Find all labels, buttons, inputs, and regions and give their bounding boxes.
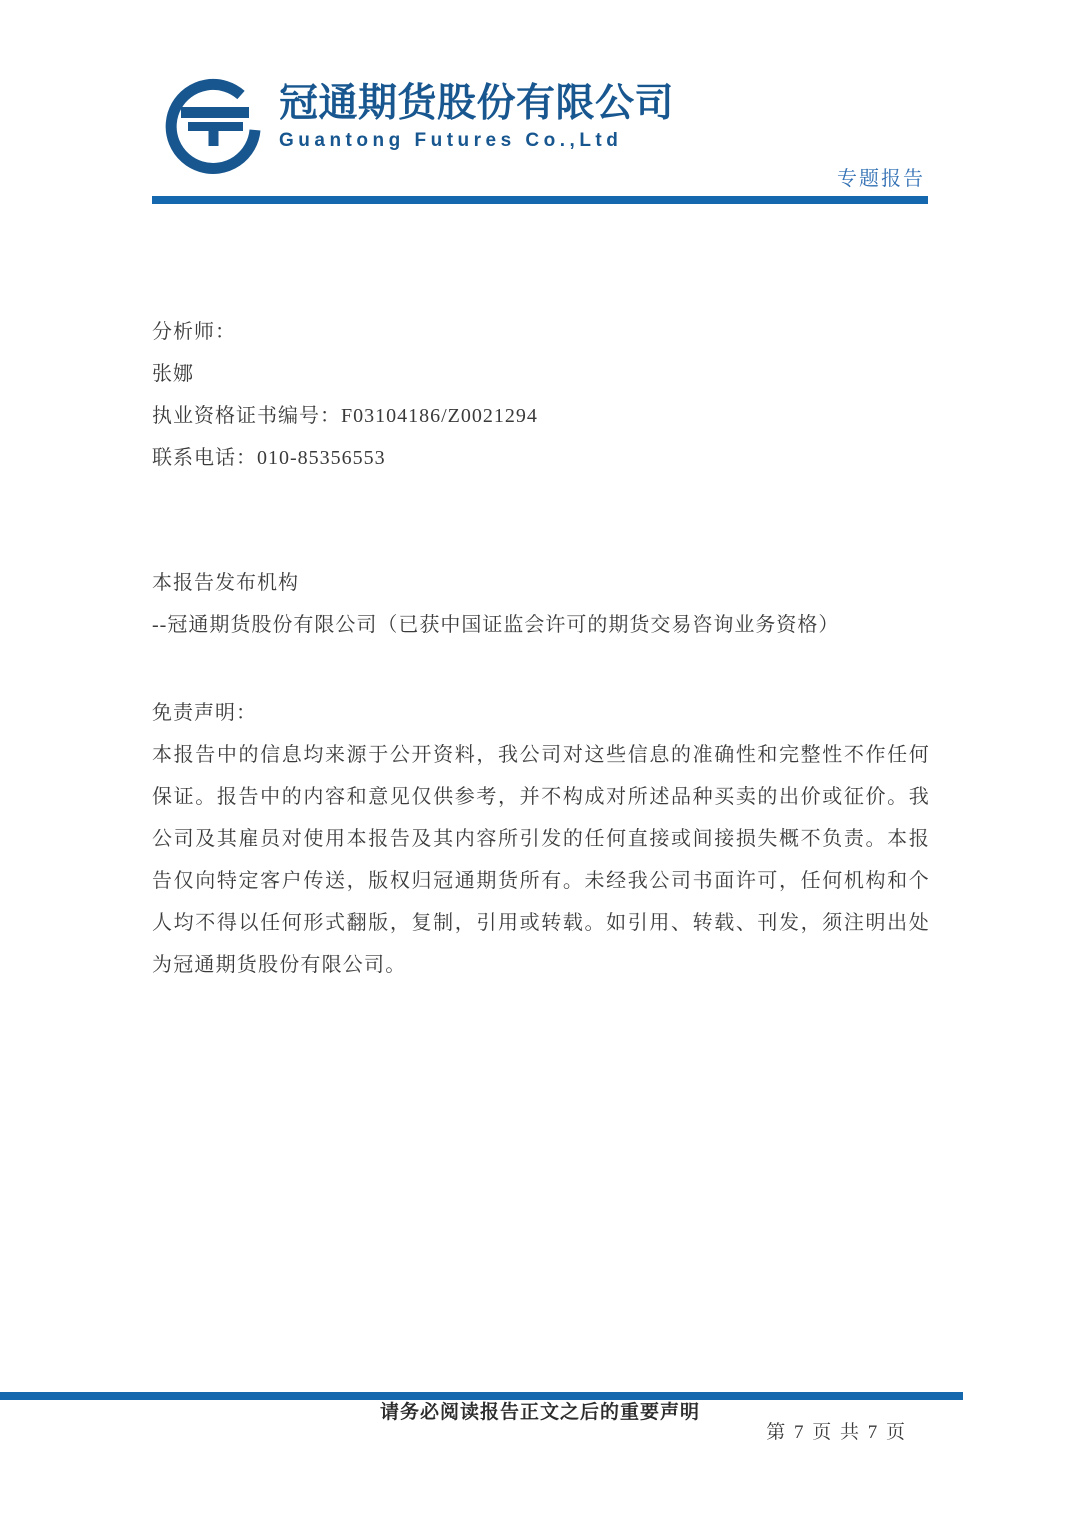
company-name-block: 冠通期货股份有限公司 Guantong Futures Co.,Ltd — [279, 76, 674, 153]
disclaimer-body: 本报告中的信息均来源于公开资料，我公司对这些信息的准确性和完整性不作任何保证。报… — [152, 734, 930, 986]
footer-divider — [0, 1392, 963, 1400]
analyst-name: 张娜 — [152, 353, 930, 395]
issuer-section: 本报告发布机构 --冠通期货股份有限公司（已获中国证监会许可的期货交易咨询业务资… — [152, 562, 930, 646]
company-name-en: Guantong Futures Co.,Ltd — [279, 129, 674, 153]
guantong-gt-ring-icon — [163, 76, 263, 176]
company-name-cn: 冠通期货股份有限公司 — [279, 82, 674, 126]
disclaimer-section: 免责声明： 本报告中的信息均来源于公开资料，我公司对这些信息的准确性和完整性不作… — [152, 692, 930, 986]
issuer-heading: 本报告发布机构 — [152, 562, 930, 604]
disclaimer-heading: 免责声明： — [152, 692, 930, 734]
footer-notice: 请务必阅读报告正文之后的重要声明 — [0, 1401, 1080, 1425]
analyst-label: 分析师： — [152, 311, 930, 353]
issuer-body: --冠通期货股份有限公司（已获中国证监会许可的期货交易咨询业务资格） — [152, 604, 930, 646]
analyst-section: 分析师： 张娜 执业资格证书编号：F03104186/Z0021294 联系电话… — [152, 311, 930, 479]
analyst-phone: 联系电话：010-85356553 — [152, 437, 930, 479]
header-divider — [152, 196, 928, 204]
analyst-license: 执业资格证书编号：F03104186/Z0021294 — [152, 395, 930, 437]
report-page: 冠通期货股份有限公司 Guantong Futures Co.,Ltd 专题报告… — [0, 0, 1080, 1526]
page-number: 第 7 页 共 7 页 — [766, 1420, 907, 1446]
report-type-label: 专题报告 — [837, 166, 925, 192]
company-logo: 冠通期货股份有限公司 Guantong Futures Co.,Ltd — [163, 76, 674, 176]
